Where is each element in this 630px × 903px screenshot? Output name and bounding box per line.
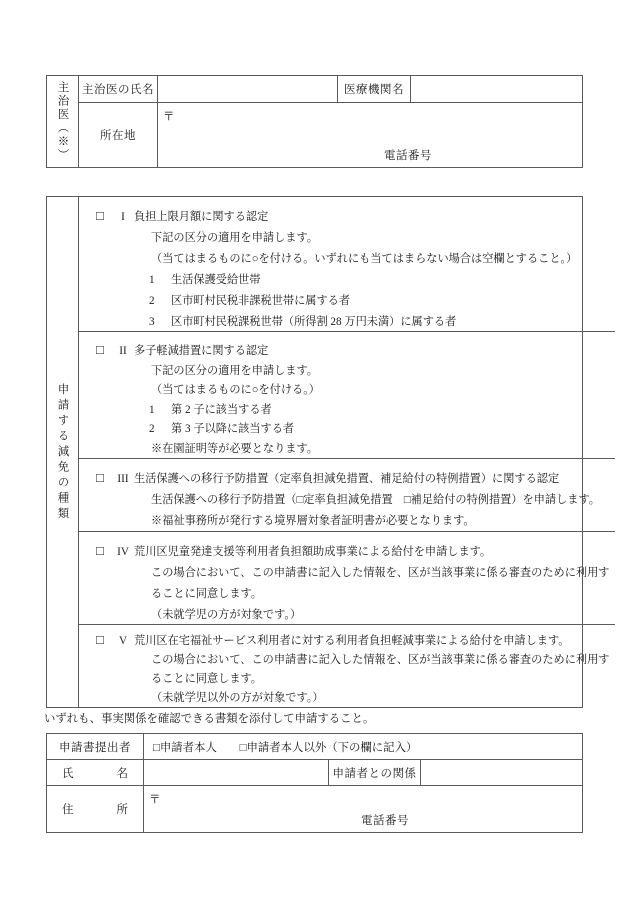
- doctor-address-field[interactable]: 〒 電話番号: [158, 103, 582, 167]
- section-4-checkbox[interactable]: □: [96, 540, 112, 561]
- submitter-address-field[interactable]: 〒 電話番号: [144, 786, 582, 832]
- section-1-title: 負担上限月額に関する認定: [134, 211, 268, 223]
- section-2-option[interactable]: 1第 2 子に該当する者: [149, 401, 609, 421]
- section-3-note: ※福祉事務所が発行する境界層対象者証明書が必要となります。: [151, 511, 609, 532]
- section-4: □IV荒川区児童発達支援等利用者負担額助成事業による給付を申請します。 この場合…: [79, 532, 615, 625]
- section-2-numeral: II: [112, 342, 134, 362]
- section-5-line: （未就学児以外の方が対象です。）: [151, 689, 609, 708]
- section-3-checkbox[interactable]: □: [96, 467, 112, 488]
- section-5-line: この場合において、この申請書に記入した情報を、区が当該事業に係る審査のために利用…: [151, 651, 609, 670]
- section-4-line: （未就学児の方が対象です。）: [151, 605, 609, 626]
- section-2-note: ※在園証明等が必要となります。: [151, 440, 609, 460]
- submitter-table: 申請書提出者 □申請者本人 □申請者本人以外（下の欄に記入） 氏名 申請者との関…: [46, 733, 583, 833]
- section-5-title: 荒川区在宅福祉サービス利用者に対する利用者負担軽減事業による給付を申請します。: [134, 635, 569, 647]
- section-1-numeral: I: [112, 207, 134, 228]
- section-5-numeral: V: [112, 632, 134, 651]
- section-1-checkbox[interactable]: □: [96, 205, 112, 226]
- section-1: □I負担上限月額に関する認定 下記の区分の適用を申請します。 （当てはまるものに…: [79, 197, 615, 332]
- section-1-option[interactable]: 1生活保護受給世帯: [149, 270, 609, 291]
- section-5-line: ることに同意します。: [151, 670, 609, 689]
- section-1-option[interactable]: 2区市町村民税非課税世帯に属する者: [149, 291, 609, 312]
- section-4-line: ることに同意します。: [151, 584, 609, 605]
- submitter-name-field[interactable]: [144, 760, 329, 786]
- exemption-row-header: 申請する減免の種類: [47, 197, 79, 708]
- section-2-line: 下記の区分の適用を申請します。: [151, 362, 609, 382]
- submitter-row-header: 申請書提出者: [47, 734, 144, 760]
- relation-field[interactable]: [421, 760, 582, 786]
- section-2-title: 多子軽減措置に関する認定: [134, 345, 268, 357]
- medical-institution-field[interactable]: [411, 76, 582, 103]
- section-4-title: 荒川区児童発達支援等利用者負担額助成事業による給付を申請します。: [134, 546, 491, 558]
- submitter-type-options[interactable]: □申請者本人 □申請者本人以外（下の欄に記入）: [144, 734, 582, 760]
- doctor-address-label: 所在地: [79, 103, 158, 167]
- relation-label: 申請者との関係: [329, 760, 421, 786]
- submitter-address-label: 住所: [47, 786, 144, 832]
- medical-institution-label: 医療機関名: [338, 76, 411, 103]
- postal-mark: 〒: [163, 108, 175, 124]
- form-page: 主治医（※） 主治医の氏名 医療機関名 所在地 〒 電話番号 申請する減免の種類…: [0, 0, 630, 903]
- doctor-row-header: 主治医（※）: [47, 76, 79, 167]
- section-2-option[interactable]: 2第 3 子以降に該当する者: [149, 420, 609, 440]
- section-3-header: □III生活保護への移行予防措置（定率負担減免措置、補足給付の特例措置）に関する…: [96, 467, 609, 490]
- submitter-name-label: 氏名: [47, 760, 144, 786]
- doctor-name-field[interactable]: [158, 76, 338, 103]
- section-1-line: （当てはまるものに○を付ける。いずれにも当てはまらない場合は空欄とすること。）: [151, 249, 609, 270]
- section-2-line: （当てはまるものに○を付ける。）: [151, 381, 609, 401]
- section-5-header: □V荒川区在宅福祉サービス利用者に対する利用者負担軽減事業による給付を申請します…: [96, 630, 609, 651]
- section-3: □III生活保護への移行予防措置（定率負担減免措置、補足給付の特例措置）に関する…: [79, 459, 615, 532]
- section-4-header: □IV荒川区児童発達支援等利用者負担額助成事業による給付を申請します。: [96, 540, 609, 563]
- section-2-header: □II多子軽減措置に関する認定: [96, 340, 609, 362]
- section-5-checkbox[interactable]: □: [96, 630, 112, 649]
- section-1-option[interactable]: 3区市町村民税課税世帯（所得割 28 万円未満）に属する者: [149, 312, 609, 333]
- doctor-name-label: 主治医の氏名: [79, 76, 158, 103]
- section-4-numeral: IV: [112, 542, 134, 563]
- section-4-line: この場合において、この申請書に記入した情報を、区が当該事業に係る審査のために利用…: [151, 563, 609, 584]
- section-2: □II多子軽減措置に関する認定 下記の区分の適用を申請します。 （当てはまるもの…: [79, 332, 615, 459]
- attachment-note: いずれも、事実関係を確認できる書類を添付して申請すること。: [44, 710, 374, 726]
- submitter-phone-label: 電話番号: [361, 812, 409, 828]
- section-1-header: □I負担上限月額に関する認定: [96, 205, 609, 228]
- exemption-table: 申請する減免の種類 □I負担上限月額に関する認定 下記の区分の適用を申請します。…: [46, 196, 583, 708]
- postal-mark: 〒: [149, 791, 161, 807]
- section-5: □V荒川区在宅福祉サービス利用者に対する利用者負担軽減事業による給付を申請します…: [79, 625, 615, 708]
- section-1-line: 下記の区分の適用を申請します。: [151, 228, 609, 249]
- section-3-line[interactable]: 生活保護への移行予防措置（□定率負担減免措置 □補足給付の特例措置）を申請します…: [151, 490, 609, 511]
- section-3-title: 生活保護への移行予防措置（定率負担減免措置、補足給付の特例措置）に関する認定: [134, 473, 559, 485]
- doctor-phone-label: 電話番号: [384, 147, 432, 163]
- doctor-table: 主治医（※） 主治医の氏名 医療機関名 所在地 〒 電話番号: [46, 75, 583, 168]
- section-3-numeral: III: [112, 469, 134, 490]
- section-2-checkbox[interactable]: □: [96, 340, 112, 360]
